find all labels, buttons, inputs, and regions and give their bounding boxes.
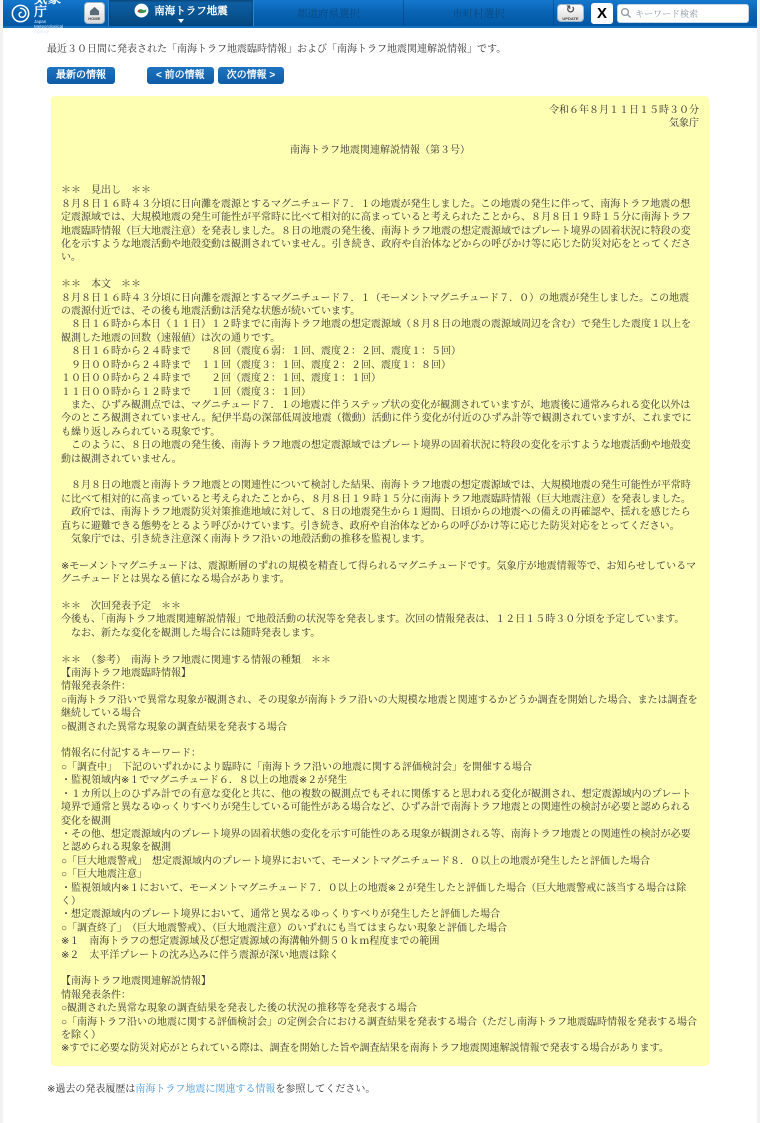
x-social-button[interactable]: X bbox=[591, 3, 613, 24]
document-line: 【南海トラフ地震関連解説情報】 bbox=[61, 975, 699, 988]
document-line: このように、８日の地震の発生後、南海トラフ地震の想定震源域ではプレート境界の固着… bbox=[61, 439, 699, 466]
jma-logo-subtitle: Japan Meteorological Agency bbox=[34, 19, 75, 34]
document-line: ・監視領域内※１でマグニチュード６．８以上の地震※２が発生 bbox=[61, 774, 699, 787]
next-info-button[interactable]: 次の情報 > bbox=[218, 67, 285, 84]
document-line: なお、新たな変化を観測した場合には随時発表します。 bbox=[61, 627, 699, 640]
document-line: ○南海トラフ沿いで異常な現象が観測され、その現象が南海トラフ沿いの大規模な地震と… bbox=[61, 694, 699, 721]
x-icon: X bbox=[597, 6, 607, 21]
document-line: ＊＊ 本文 ＊＊ bbox=[61, 278, 699, 291]
home-button-label: HOME bbox=[88, 16, 100, 21]
bulletin-title: 南海トラフ地震関連解説情報（第３号） bbox=[61, 144, 699, 157]
main-content: 最近３０日間に発表された「南海トラフ地震臨時情報」および「南海トラフ地震関連解説… bbox=[3, 40, 757, 1123]
document-line bbox=[61, 466, 699, 479]
jma-logo-text: 気象庁 Japan Meteorological Agency bbox=[34, 0, 75, 34]
document-line: ８月８日１６時４３分頃に日向灘を震源とするマグニチュード７．１の地震が発生しまし… bbox=[61, 198, 699, 265]
document-line: ・１カ所以上のひずみ計での有意な変化と共に、他の複数の観測点でもそれに関係すると… bbox=[61, 788, 699, 828]
tab-prefecture-select[interactable]: 都道府県選択 bbox=[254, 0, 404, 26]
document-line: ○「巨大地震警戒」 想定震源域内のプレート境界において、モーメントマグニチュード… bbox=[61, 855, 699, 868]
document-line bbox=[61, 546, 699, 559]
document-line: ※すでに必要な防災対応がとられている際は、調査を開始した旨や調査結果を南海トラフ… bbox=[61, 1042, 699, 1055]
chevron-down-icon bbox=[178, 19, 184, 23]
document-line: 情報発表条件： bbox=[61, 989, 699, 1002]
bulletin-document: 令和６年８月１１日１５時３０分 気象庁 南海トラフ地震関連解説情報（第３号） ＊… bbox=[51, 96, 709, 1066]
home-icon bbox=[89, 6, 100, 16]
document-line: 情報発表条件： bbox=[61, 680, 699, 693]
document-line: 政府では、南海トラフ地震防災対策推進地域に対して、８日の地震発生から１週間、日頃… bbox=[61, 506, 699, 533]
history-note: ※過去の発表履歴は南海トラフ地震に関連する情報を参照してください。 bbox=[47, 1080, 713, 1123]
topbar-right-tools: ↻ UPDATE X bbox=[554, 0, 757, 26]
document-line: ○「調査終了」 （巨大地震警戒）、（巨大地震注意）のいずれにも当てはまらない現象… bbox=[61, 922, 699, 935]
intro-text: 最近３０日間に発表された「南海トラフ地震臨時情報」および「南海トラフ地震関連解説… bbox=[47, 40, 713, 55]
tab-label: 市町村選択 bbox=[452, 6, 505, 21]
document-line: ※１ 南海トラフの想定震源域及び想定震源域の海溝軸外側５０ｋｍ程度までの範囲 bbox=[61, 935, 699, 948]
update-button[interactable]: ↻ UPDATE bbox=[557, 4, 584, 22]
spacer bbox=[61, 131, 699, 144]
refresh-icon: ↻ bbox=[566, 5, 575, 16]
document-line: 今後も、「南海トラフ地震関連解説情報」で地殻活動の状況等を発表します。次回の情報… bbox=[61, 613, 699, 626]
update-button-label: UPDATE bbox=[562, 16, 578, 21]
earthquake-region-icon bbox=[134, 3, 149, 18]
document-line: ８月８日の地震と南海トラフ地震との関連性について検討した結果、南海トラフ地震の想… bbox=[61, 479, 699, 506]
tab-municipality-select[interactable]: 市町村選択 bbox=[404, 0, 554, 26]
document-line bbox=[61, 962, 699, 975]
document-line: ・その他、想定震源域内のプレート境界の固着状態の変化を示す可能性のある現象が観測… bbox=[61, 828, 699, 855]
document-line: 情報名に付記するキーワード： bbox=[61, 747, 699, 760]
latest-info-button[interactable]: 最新の情報 bbox=[47, 67, 115, 84]
bulletin-datetime: 令和６年８月１１日１５時３０分 bbox=[61, 104, 699, 117]
document-line: ○「調査中」 下記のいずれかにより臨時に「南海トラフ沿いの地震に関する評価検討会… bbox=[61, 761, 699, 774]
document-line: ○「巨大地震注意」 bbox=[61, 868, 699, 881]
document-line: また、ひずみ観測点では、マグニチュード７．１の地震に伴うステップ状の変化が観測さ… bbox=[61, 399, 699, 439]
document-line: ８日１６時から２４時まで ８回（震度６弱：１回、震度２：２回、震度１：５回） bbox=[61, 345, 699, 358]
jma-logo-icon bbox=[11, 4, 30, 23]
tab-label: 都道府県選択 bbox=[297, 6, 360, 21]
info-navigation-buttons: 最新の情報 < 前の情報 次の情報 > bbox=[47, 67, 713, 84]
history-note-suffix: を参照してください。 bbox=[275, 1084, 375, 1095]
document-line: ＊＊ 見出し ＊＊ bbox=[61, 184, 699, 197]
document-line: ○「南海トラフ沿いの地震に関する評価検討会」の定例会合における調査結果を発表する… bbox=[61, 1016, 699, 1043]
previous-info-button[interactable]: < 前の情報 bbox=[147, 67, 214, 84]
top-navigation-bar: 気象庁 Japan Meteorological Agency HOME 南海ト… bbox=[3, 0, 757, 28]
document-line: １１日００時から１２時まで １回（震度３：１回） bbox=[61, 386, 699, 399]
document-line: ８月８日１６時４３分頃に日向灘を震源とするマグニチュード７．１（モーメントマグニ… bbox=[61, 292, 699, 319]
spacer bbox=[61, 158, 699, 171]
document-line: ＊＊ 次回発表予定 ＊＊ bbox=[61, 600, 699, 613]
document-line: ○観測された異常な現象の調査結果を発表する場合 bbox=[61, 721, 699, 734]
jma-logo[interactable]: 気象庁 Japan Meteorological Agency bbox=[3, 0, 81, 26]
history-link[interactable]: 南海トラフ地震に関連する情報 bbox=[135, 1084, 275, 1095]
search-box bbox=[617, 4, 749, 23]
document-line: ○観測された異常な現象の調査結果を発表した後の状況の推移等を発表する場合 bbox=[61, 1002, 699, 1015]
document-line: ・監視領域内※１において、モーメントマグニチュード７．０以上の地震※２が発生した… bbox=[61, 882, 699, 909]
main-tabs: 南海トラフ地震 都道府県選択 市町村選択 bbox=[108, 0, 554, 26]
history-note-prefix: ※過去の発表履歴は bbox=[47, 1084, 135, 1095]
document-line bbox=[61, 640, 699, 653]
search-icon bbox=[620, 7, 632, 19]
document-line: ・想定震源域内のプレート境界において、通常と異なるゆっくりすべりが発生したと評価… bbox=[61, 908, 699, 921]
document-line: ＊＊ （参考） 南海トラフ地震に関連する情報の種類 ＊＊ bbox=[61, 654, 699, 667]
bulletin-agency: 気象庁 bbox=[61, 117, 699, 130]
document-line bbox=[61, 265, 699, 278]
document-body: ＊＊ 見出し ＊＊８月８日１６時４３分頃に日向灘を震源とするマグニチュード７．１… bbox=[61, 171, 699, 1056]
document-line: ９日００時から２４時まで １１回（震度３：１回、震度２：２回、震度１：８回） bbox=[61, 359, 699, 372]
tab-label: 南海トラフ地震 bbox=[154, 3, 228, 18]
tab-nankai-trough-earthquake[interactable]: 南海トラフ地震 bbox=[108, 0, 254, 26]
document-line: １０日００時から２４時まで ２回（震度２：１回、震度１：１回） bbox=[61, 372, 699, 385]
document-line: 【南海トラフ地震臨時情報】 bbox=[61, 667, 699, 680]
document-line: ８日１６時から本日（１１日）１２時までに南海トラフ地震の想定震源域（８月８日の地… bbox=[61, 318, 699, 345]
document-line bbox=[61, 587, 699, 600]
document-line bbox=[61, 171, 699, 184]
document-line: ※モーメントマグニチュードは、震源断層のずれの規模を精査して得られるマグニチュー… bbox=[61, 560, 699, 587]
jma-logo-title: 気象庁 bbox=[34, 0, 75, 18]
document-line bbox=[61, 734, 699, 747]
document-line: 気象庁では、引き続き注意深く南海トラフ沿いの地殻活動の推移を監視します。 bbox=[61, 533, 699, 546]
page: 気象庁 Japan Meteorological Agency HOME 南海ト… bbox=[0, 0, 760, 1123]
search-input[interactable] bbox=[617, 4, 749, 23]
home-button[interactable]: HOME bbox=[84, 2, 105, 24]
document-line: ※２ 太平洋プレートの沈み込みに伴う震源が深い地震は除く bbox=[61, 949, 699, 962]
